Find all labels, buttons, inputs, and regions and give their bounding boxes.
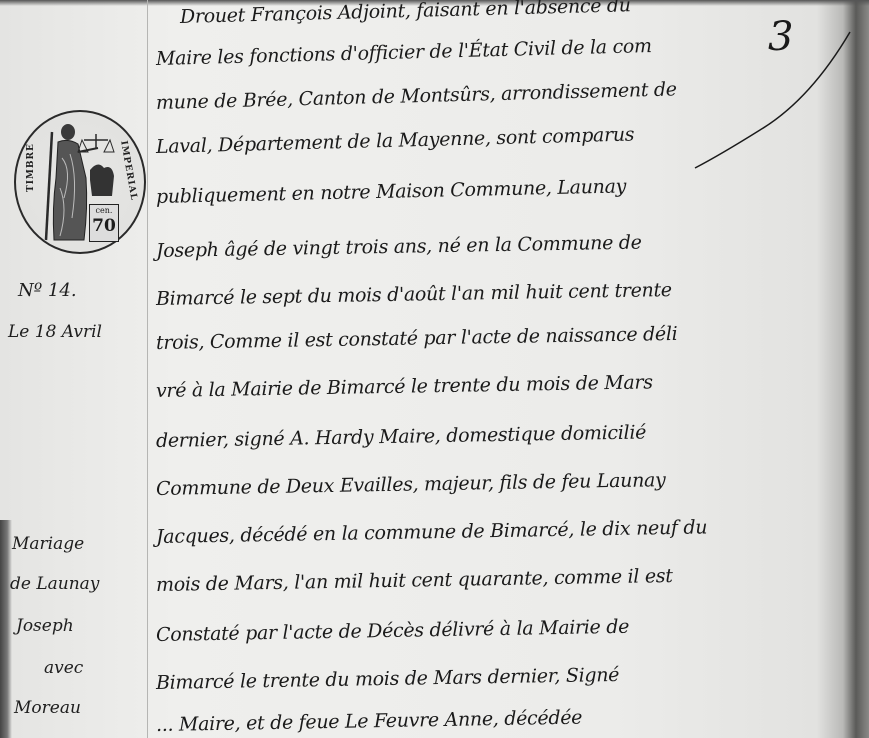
body-line: publiquement en notre Maison Commune, La…: [156, 175, 627, 208]
body-line: dernier, signé A. Hardy Maire, domestiqu…: [156, 421, 646, 452]
scan-left-edge: [0, 520, 12, 738]
body-line: Jacques, décédé en la commune de Bimarcé…: [156, 516, 708, 548]
register-page: TIMBRE IMPERIAL cen. 70 Nº 14. Le 18 Avr…: [0, 0, 869, 738]
imperial-tax-stamp: TIMBRE IMPERIAL cen. 70: [14, 110, 146, 254]
body-line: Drouet François Adjoint, faisant en l'ab…: [180, 0, 631, 28]
entry-title-line: Moreau: [14, 698, 81, 718]
body-line: Commune de Deux Evailles, majeur, fils d…: [156, 469, 666, 500]
body-line: mois de Mars, l'an mil huit cent quarant…: [156, 565, 673, 596]
stamp-text-right: IMPERIAL: [118, 140, 138, 202]
body-line: Joseph âgé de vingt trois ans, né en la …: [156, 232, 642, 262]
margin-rule: [147, 0, 148, 738]
body-line: Constaté par l'acte de Décès délivré à l…: [156, 616, 629, 646]
entry-date: Le 18 Avril: [8, 322, 102, 342]
entry-title-line: Mariage: [12, 534, 84, 554]
body-line: vré à la Mairie de Bimarcé le trente du …: [156, 371, 653, 402]
entry-number: Nº 14.: [18, 280, 77, 301]
body-line: Maire les fonctions d'officier de l'État…: [156, 35, 652, 70]
entry-title-line: avec: [44, 658, 83, 678]
entry-title-line: Joseph: [16, 616, 74, 636]
stamp-value: cen. 70: [89, 204, 119, 242]
body-line: trois, Comme il est constaté par l'acte …: [156, 323, 678, 354]
body-line: mune de Brée, Canton de Montsûrs, arrond…: [156, 78, 677, 114]
body-line: Laval, Département de la Mayenne, sont c…: [156, 123, 635, 158]
body-line: Bimarcé le trente du mois de Mars dernie…: [156, 664, 620, 694]
body-line: Bimarcé le sept du mois d'août l'an mil …: [156, 279, 672, 310]
stamp-text-left: TIMBRE: [26, 143, 36, 192]
entry-title-line: de Launay: [10, 574, 99, 594]
body-line: ... Maire, et de feue Le Feuvre Anne, dé…: [156, 707, 583, 736]
